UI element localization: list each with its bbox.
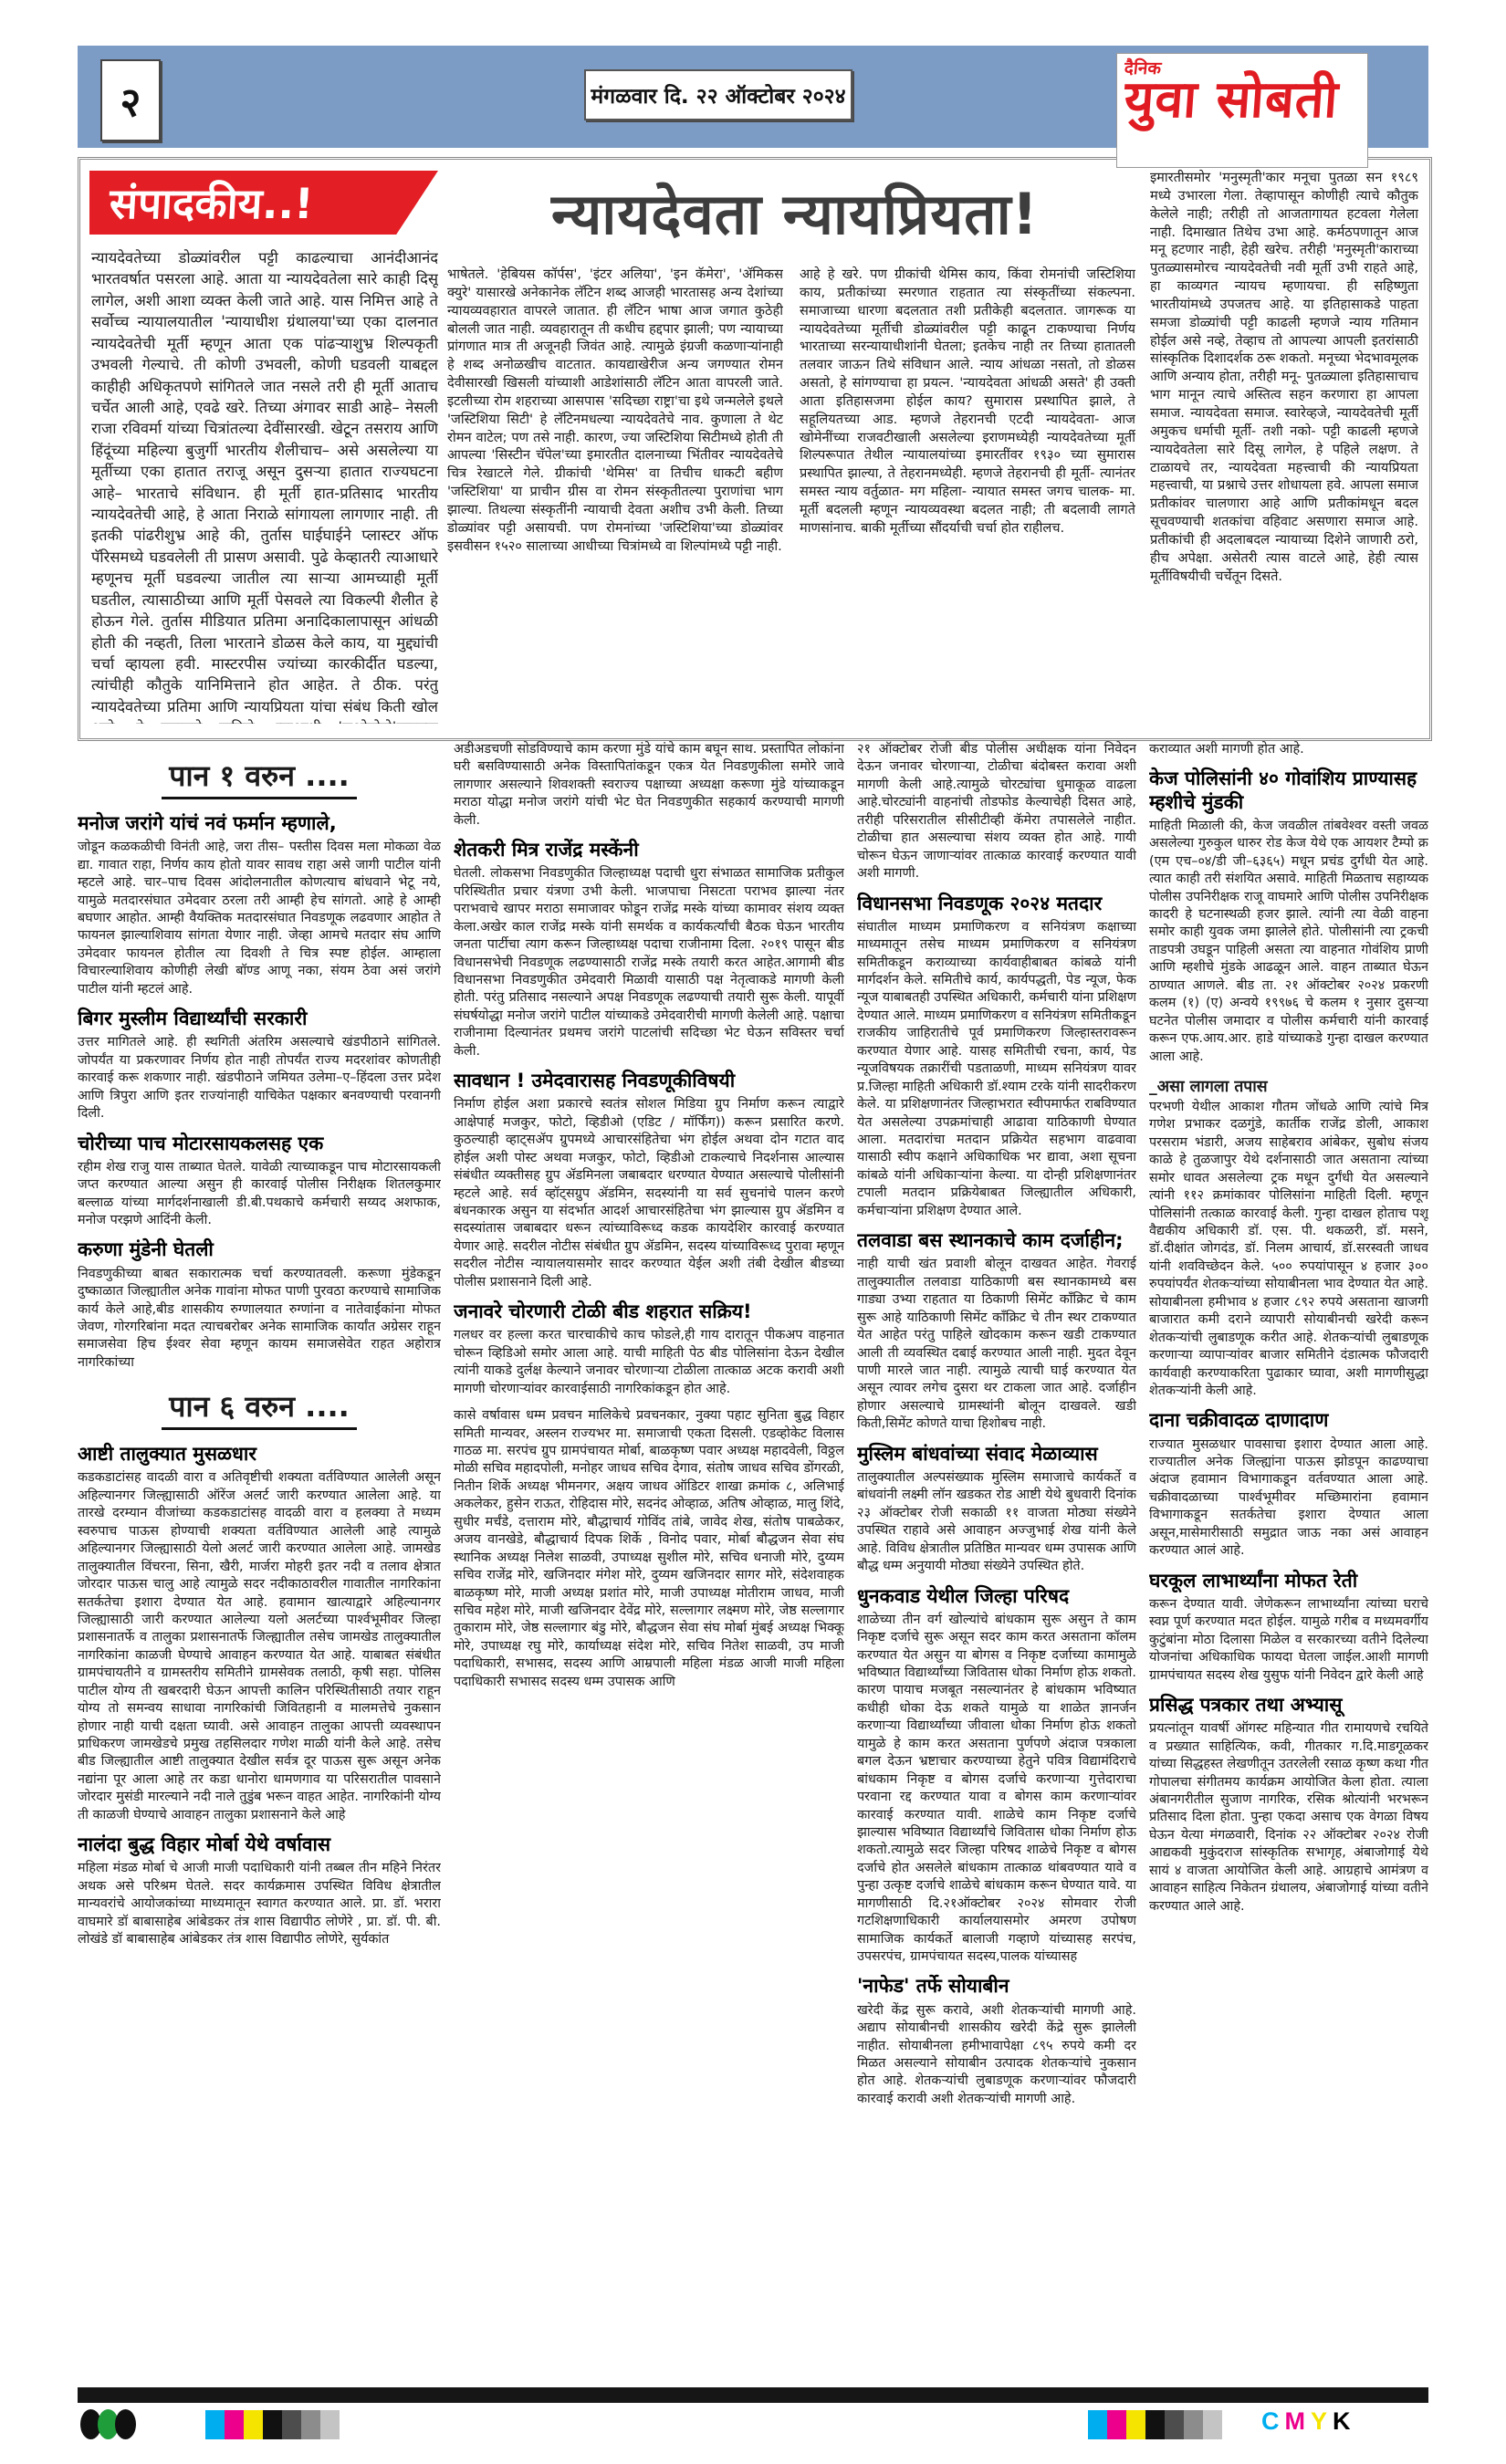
registration-dots xyxy=(80,2409,132,2439)
page-number-box: २ xyxy=(100,59,161,141)
story-stolen-motorcycles: चोरीच्या पाच मोटारसायकलसह एक रहीम शेख रा… xyxy=(78,1133,441,1230)
story-headline: दाना चक्रीवादळ दाणादाण xyxy=(1149,1409,1428,1432)
story-election-social-media-warning: सावधान ! उमेदवारासह निवडणूकीविषयी निर्मा… xyxy=(454,1070,844,1291)
story-muslim-samvad-melava: मुस्लिम बांधवांच्या संवाद मेळाव्यास तालु… xyxy=(857,1443,1136,1576)
story-headline: आष्टी तालुक्यात मुसळधार xyxy=(78,1443,441,1466)
black-swatch xyxy=(263,2410,282,2439)
color-calibration-strip-left xyxy=(205,2410,340,2439)
cyan-swatch xyxy=(205,2410,225,2439)
story-body: परभणी येथील आकाश गौतम जोंधळे आणि त्यांचे… xyxy=(1149,1099,1428,1400)
story-karuna-munde: करुणा मुंडेनी घेतली निवडणुकीच्या बाबत सक… xyxy=(78,1238,441,1372)
editorial-body: न्यायदेवतेच्या डोळ्यांवरील पट्टी काढल्या… xyxy=(91,247,438,724)
color-calibration-strip-right xyxy=(1088,2410,1222,2439)
story-headline: मनोज जरांगे यांचं नवं फर्मान म्हणाले, xyxy=(78,812,441,835)
story-headline: धुनकवाड येथील जिल्हा परिषद xyxy=(857,1585,1136,1608)
story-body: तालुक्यातील अल्पसंख्याक मुस्लिम समाजाचे … xyxy=(857,1469,1136,1576)
story-madarsa-stay: बिगर मुस्लीम विद्यार्थ्यांची सरकारी उत्त… xyxy=(78,1008,441,1122)
story-body: घेतली. लोकसभा निवडणुकीत जिल्हाध्यक्ष पदा… xyxy=(454,865,844,1060)
story-dana-cyclone: दाना चक्रीवादळ दाणादाण राज्यात मुसळधार प… xyxy=(1149,1409,1428,1560)
story-body: २१ ऑक्टोबर रोजी बीड पोलीस अधीक्षक यांना … xyxy=(857,741,1136,883)
section-header-page1: पान १ वरुन .... xyxy=(78,756,441,799)
story-body: रहीम शेख राजु यास ताब्यात घेतले. यावेळी … xyxy=(78,1159,441,1230)
column-2: अडीअडचणी सोडविण्याचे काम करणा मुंडे यांच… xyxy=(454,741,844,2382)
story-body: गलधर वर हल्ला करत चारचाकीचे काच फोडले,ही… xyxy=(454,1327,844,1398)
story-nalanda-vihar: नालंदा बुद्ध विहार मोर्बा येथे वर्षावास … xyxy=(78,1833,441,1948)
story-body: शाळेच्या तीन वर्ग खोल्यांचे बांधकाम सुरू… xyxy=(857,1612,1136,1967)
column-3: २१ ऑक्टोबर रोजी बीड पोलीस अधीक्षक यांना … xyxy=(857,741,1136,2382)
newspaper-logo: दैनिक युवा सोबती xyxy=(1116,53,1368,168)
story-famous-journalist: प्रसिद्ध पत्रकार तथा अभ्यासू प्रयत्नांतू… xyxy=(1149,1694,1428,1916)
column-1: पान १ वरुन .... मनोज जरांगे यांचं नवं फर… xyxy=(78,741,441,2382)
gray-swatch xyxy=(1165,2410,1184,2439)
lead-article-column-b: आहे हे खरे. पण ग्रीकांची थेमिस काय, किंव… xyxy=(800,266,1135,724)
story-body: नाही याची खंत प्रवाशी बोलून दाखवत आहेत. … xyxy=(857,1256,1136,1433)
story-ashti-rain: आष्टी तालुक्यात मुसळधार कडकडाटांसह वादळी… xyxy=(78,1443,441,1824)
gray-swatch xyxy=(1203,2410,1222,2439)
story-headline: तलवाडा बस स्थानकाचे काम दर्जाहीन; xyxy=(857,1229,1136,1252)
story-headline: करुणा मुंडेनी घेतली xyxy=(78,1238,441,1261)
brand-name: युवा सोबती xyxy=(1123,76,1362,124)
story-rajendra-maske: शेतकरी मित्र राजेंद्र मस्केंनी घेतली. लो… xyxy=(454,839,844,1060)
story-body: कराव्यात अशी मागणी होत आहे. xyxy=(1149,741,1428,758)
page-number: २ xyxy=(120,73,141,128)
story-headline: केज पोलिसांनी ४० गोवांशिय प्राण्यासह म्ह… xyxy=(1149,767,1428,813)
story-body: कडकडाटांसह वादळी वारा व अतिवृष्टीची शक्य… xyxy=(78,1469,441,1824)
story-body: महिला मंडळ मोर्बा चे आजी माजी पदाधिकारी … xyxy=(78,1860,441,1948)
black-swatch xyxy=(1145,2410,1165,2439)
gray-swatch xyxy=(301,2410,320,2439)
story-headline: घरकूल लाभार्थ्यांना मोफत रेती xyxy=(1149,1570,1428,1592)
registration-dot-black xyxy=(115,2409,136,2439)
story-manoj-jarange: मनोज जरांगे यांचं नवं फर्मान म्हणाले, जो… xyxy=(78,812,441,998)
story-zilla-parishad-school: धुनकवाड येथील जिल्हा परिषद शाळेच्या तीन … xyxy=(857,1585,1136,1967)
story-nafed-soybean: 'नाफेड' तर्फे सोयाबीन खरेदी केंद्र सुरू … xyxy=(857,1975,1136,2108)
gray-swatch xyxy=(1184,2410,1203,2439)
cyan-swatch xyxy=(1088,2410,1107,2439)
story-body: माहिती मिळाली की, केज जवळील तांबवेश्वर व… xyxy=(1149,818,1428,1066)
story-subheadline: _असा लागला तपास xyxy=(1149,1075,1428,1097)
magenta-swatch xyxy=(1107,2410,1126,2439)
story-headline: सावधान ! उमेदवारासह निवडणूकीविषयी xyxy=(454,1070,844,1092)
newspaper-page: CMYK २ मंगळवार दि. २२ ऑक्टोबर २०२४ दैनिक… xyxy=(0,0,1506,2464)
cmyk-print-mark-bottom: CMYK xyxy=(1261,2407,1356,2436)
lead-article-box: संपादकीय..! न्यायदेवतेच्या डोळ्यांवरील प… xyxy=(78,157,1432,741)
story-kej-police-cattle: केज पोलिसांनी ४० गोवांशिय प्राण्यासह म्ह… xyxy=(1149,767,1428,1066)
story-headline: 'नाफेड' तर्फे सोयाबीन xyxy=(857,1975,1136,1998)
story-talwada-bus-stand: तलवाडा बस स्थानकाचे काम दर्जाहीन; नाही य… xyxy=(857,1229,1136,1434)
story-body: खरेदी केंद्र सुरू करावे, अशी शेतकऱ्यांची… xyxy=(857,2002,1136,2109)
lead-article-column-a: भाषेतले. 'हेबियस कॉर्पस', 'इंटर अलिया', … xyxy=(447,266,783,724)
story-continuation: कराव्यात अशी मागणी होत आहे. xyxy=(1149,741,1428,758)
story-body: करून देण्यात यावी. जेणेकरून लाभार्थ्यांन… xyxy=(1149,1596,1428,1685)
lead-article-side-column: इमारतीसमोर 'मनुस्मृती'कार मनूचा पुतळा सन… xyxy=(1150,169,1418,724)
section-header-page6: पान ६ वरुन .... xyxy=(78,1386,441,1430)
story-assembly-election-media: विधानसभा निवडणूक २०२४ मतदार संघातील माध्… xyxy=(857,893,1136,1221)
story-headline: मुस्लिम बांधवांच्या संवाद मेळाव्यास xyxy=(857,1443,1136,1466)
editorial-banner: संपादकीय..! xyxy=(89,171,438,235)
footer-rule-bar xyxy=(78,2387,1428,2403)
story-body: जोडून कळकळीची विनंती आहे, जरा तीस– पस्ती… xyxy=(78,839,441,998)
column-4: कराव्यात अशी मागणी होत आहे. केज पोलिसांन… xyxy=(1149,741,1428,2382)
story-body: अडीअडचणी सोडविण्याचे काम करणा मुंडे यांच… xyxy=(454,741,844,830)
story-headline: प्रसिद्ध पत्रकार तथा अभ्यासू xyxy=(1149,1694,1428,1717)
story-continuation: अडीअडचणी सोडविण्याचे काम करणा मुंडे यांच… xyxy=(454,741,844,830)
date-box: मंगळवार दि. २२ ऑक्टोबर २०२४ xyxy=(584,69,852,120)
magenta-swatch xyxy=(225,2410,244,2439)
story-body: प्रयत्नांतून यावर्षी ऑगस्ट महिन्यात गीत … xyxy=(1149,1720,1428,1916)
date-line: मंगळवार दि. २२ ऑक्टोबर २०२४ xyxy=(591,80,845,110)
story-body: निवडणुकीच्या बाबत सकारात्मक चर्चा करण्या… xyxy=(78,1266,441,1373)
story-headline: विधानसभा निवडणूक २०२४ मतदार xyxy=(857,893,1136,915)
story-headline: शेतकरी मित्र राजेंद्र मस्केंनी xyxy=(454,839,844,861)
story-continuation: २१ ऑक्टोबर रोजी बीड पोलीस अधीक्षक यांना … xyxy=(857,741,1136,883)
story-body: राज्यात मुसळधार पावसाचा इशारा देण्यात आल… xyxy=(1149,1436,1428,1561)
story-headline: नालंदा बुद्ध विहार मोर्बा येथे वर्षावास xyxy=(78,1833,441,1856)
gray-swatch xyxy=(320,2410,340,2439)
story-gharkul-free-sand: घरकूल लाभार्थ्यांना मोफत रेती करून देण्य… xyxy=(1149,1570,1428,1685)
yellow-swatch xyxy=(1126,2410,1145,2439)
story-headline: चोरीच्या पाच मोटारसायकलसह एक xyxy=(78,1133,441,1155)
yellow-swatch xyxy=(244,2410,263,2439)
story-cattle-theft-gang: जनावरे चोरणारी टोळी बीड शहरात सक्रिय! गल… xyxy=(454,1300,844,1398)
names-list-block: कासे वर्षावास धम्म प्रवचन मालिकेचे प्रवच… xyxy=(454,1407,844,1691)
gray-swatch xyxy=(282,2410,301,2439)
editorial-label: संपादकीय..! xyxy=(88,174,315,231)
story-body: निर्माण होईल अशा प्रकारचे स्वतंत्र सोशल … xyxy=(454,1096,844,1291)
story-body: उत्तर मागितले आहे. ही स्थगिती अंतरिम असल… xyxy=(78,1034,441,1122)
masthead-band: २ मंगळवार दि. २२ ऑक्टोबर २०२४ दैनिक युवा… xyxy=(78,46,1428,148)
story-headline: बिगर मुस्लीम विद्यार्थ्यांची सरकारी xyxy=(78,1008,441,1030)
lead-headline: न्यायदेवता न्यायप्रियता! xyxy=(447,169,1143,256)
story-headline: जनावरे चोरणारी टोळी बीड शहरात सक्रिय! xyxy=(454,1300,844,1323)
story-investigation-trail: _असा लागला तपास परभणी येथील आकाश गौतम जो… xyxy=(1149,1075,1428,1400)
story-body: संघातील माध्यम प्रमाणिकरण व सनियंत्रण कक… xyxy=(857,919,1136,1220)
